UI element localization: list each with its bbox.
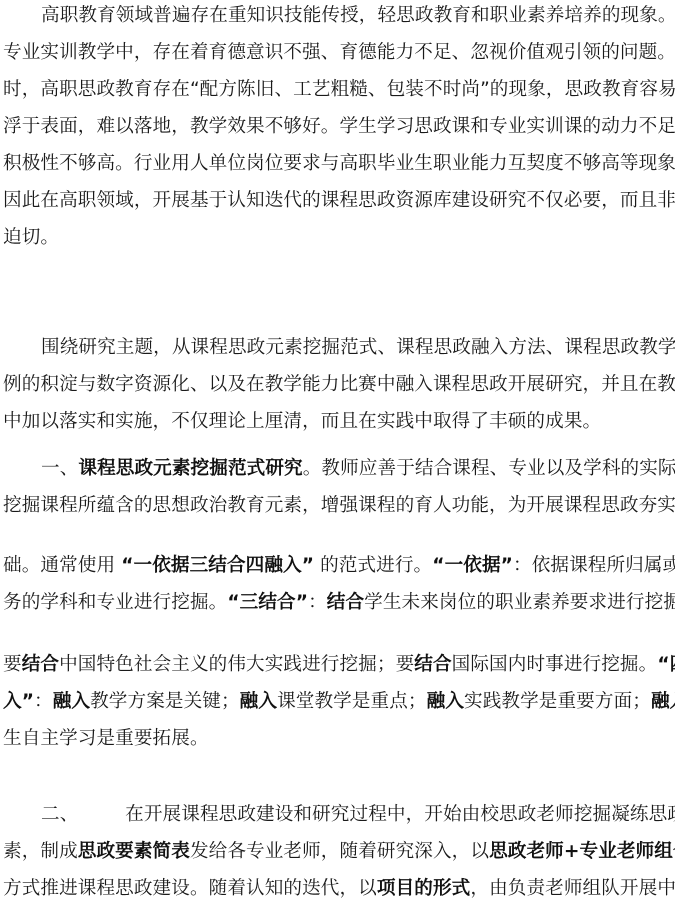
bold-text-run: 融入 [427,691,464,712]
text-run: 因此在高职领域，开展基于认知迭代的课程思政资源库建设研究不仅必要，而且非常 [3,190,675,211]
text-run: 学生未来岗位的职业素养要求进行挖掘； [364,592,675,613]
text-line: 专业实训教学中，存在着育德意识不强、育德能力不足、忽视价值观引领的问题。同 [3,40,675,66]
text-run: ： [308,592,327,613]
text-run: 务的学科和专业进行挖掘。 [3,592,227,613]
text-run: 积极性不够高。行业用人单位岗位要求与高职毕业生职业能力互契度不够高等现象。 [3,153,675,174]
text-line: 素，制成思政要素简表发给各专业老师，随着研究深入，以思政老师+专业老师组合的 [3,839,675,865]
text-run: 时，高职思政教育存在“配方陈旧、工艺粗糙、包装不时尚”的现象，思政教育容易 [3,79,675,100]
text-line: 务的学科和专业进行挖掘。“三结合”：结合学生未来岗位的职业素养要求进行挖掘； [3,590,675,616]
text-run: 中加以落实和实施，不仅理论上厘清，而且在实践中取得了丰硕的成果。 [3,411,601,432]
bold-text-run: “四融 [657,654,675,675]
bold-text-run: “一依据三结合四融入” [121,555,314,576]
bold-text-run: 结合 [22,654,59,675]
text-line: 础。通常使用 “一依据三结合四融入” 的范式进行。“一依据”：依据课程所归属或服 [3,553,675,579]
bold-text-run: 思政要素简表 [78,841,190,862]
bold-text-run: 融入 [53,691,90,712]
text-run: 方式推进课程思政建设。随着认知的迭代，以 [3,878,377,899]
text-run: 的范式进行。 [314,555,432,576]
text-line: 时，高职思政教育存在“配方陈旧、工艺粗糙、包装不时尚”的现象，思政教育容易 [3,77,675,103]
text-run: ： [34,691,53,712]
text-run: 迫切。 [3,227,59,248]
text-run: 要 [3,654,22,675]
bold-text-run: “一依据” [432,555,513,576]
text-run: 国际国内时事进行挖掘。 [452,654,658,675]
text-line: 方式推进课程思政建设。随着认知的迭代，以项目的形式，由负责老师组队开展中国 [3,876,675,902]
bold-text-run: 入” [3,691,34,712]
text-run: 础。通常使用 [3,555,121,576]
bold-text-run: 结合 [414,654,451,675]
bold-text-run: 结合 [327,592,364,613]
bold-text-run: 项目的形式 [377,878,470,899]
bold-text-run: 课程思政元素挖掘范式研究 [78,458,302,479]
text-line: 二、 在开展课程思政建设和研究过程中，开始由校思政老师挖掘凝练思政元 [41,802,675,828]
bold-text-run: “三结合” [227,592,308,613]
text-line: 积极性不够高。行业用人单位岗位要求与高职毕业生职业能力互契度不够高等现象。 [3,151,675,177]
bold-text-run: 融入 [240,691,277,712]
text-line: 迫切。 [3,225,675,251]
text-run: 素，制成 [3,841,78,862]
text-run: 教学方案是关键； [90,691,240,712]
bold-text-run: 融入 [651,691,675,712]
text-line: 围绕研究主题，从课程思政元素挖掘范式、课程思政融入方法、课程思政教学案 [41,335,675,361]
text-run: 挖掘课程所蕴含的思想政治教育元素，增强课程的育人功能，为开展课程思政夯实基 [3,495,675,516]
text-run: 中国特色社会主义的伟大实践进行挖掘；要 [59,654,414,675]
text-line: 例的积淀与数字资源化、以及在教学能力比赛中融入课程思政开展研究，并且在教学 [3,372,675,398]
text-run: ，由负责老师组队开展中国 [470,878,675,899]
text-run: 例的积淀与数字资源化、以及在教学能力比赛中融入课程思政开展研究，并且在教学 [3,374,675,395]
text-run: 生自主学习是重要拓展。 [3,728,209,749]
text-run: 实践教学是重要方面； [464,691,651,712]
text-line: 因此在高职领域，开展基于认知迭代的课程思政资源库建设研究不仅必要，而且非常 [3,188,675,214]
text-line: 高职教育领域普遍存在重知识技能传授，轻思政教育和职业素养培养的现象。在 [41,3,675,29]
text-run: 二、 在开展课程思政建设和研究过程中，开始由校思政老师挖掘凝练思政元 [41,804,675,825]
text-line: 中加以落实和实施，不仅理论上厘清，而且在实践中取得了丰硕的成果。 [3,409,675,435]
text-line: 浮于表面，难以落地，教学效果不够好。学生学习思政课和专业实训课的动力不足， [3,114,675,140]
text-run: 专业实训教学中，存在着育德意识不强、育德能力不足、忽视价值观引领的问题。同 [3,42,675,63]
text-run: 浮于表面，难以落地，教学效果不够好。学生学习思政课和专业实训课的动力不足， [3,116,675,137]
text-run: 一、 [41,458,78,479]
text-run: 高职教育领域普遍存在重知识技能传授，轻思政教育和职业素养培养的现象。在 [41,5,675,26]
text-run: 发给各专业老师，随着研究深入，以 [190,841,489,862]
text-run: 课堂教学是重点； [277,691,427,712]
text-line: 入”：融入教学方案是关键；融入课堂教学是重点；融入实践教学是重要方面；融入学 [3,689,675,715]
document-page: 高职教育领域普遍存在重知识技能传授，轻思政教育和职业素养培养的现象。在 专业实训… [0,0,675,921]
text-line: 要结合中国特色社会主义的伟大实践进行挖掘；要结合国际国内时事进行挖掘。“四融 [3,652,675,678]
text-line: 一、课程思政元素挖掘范式研究。教师应善于结合课程、专业以及学科的实际， [41,456,675,482]
text-run: 。教师应善于结合课程、专业以及学科的实际， [303,458,675,479]
bold-text-run: 思政老师+专业老师组合 [489,841,675,862]
text-line: 生自主学习是重要拓展。 [3,726,675,752]
text-run: 围绕研究主题，从课程思政元素挖掘范式、课程思政融入方法、课程思政教学案 [41,337,675,358]
text-line: 挖掘课程所蕴含的思想政治教育元素，增强课程的育人功能，为开展课程思政夯实基 [3,493,675,519]
text-run: ：依据课程所归属或服 [513,555,675,576]
